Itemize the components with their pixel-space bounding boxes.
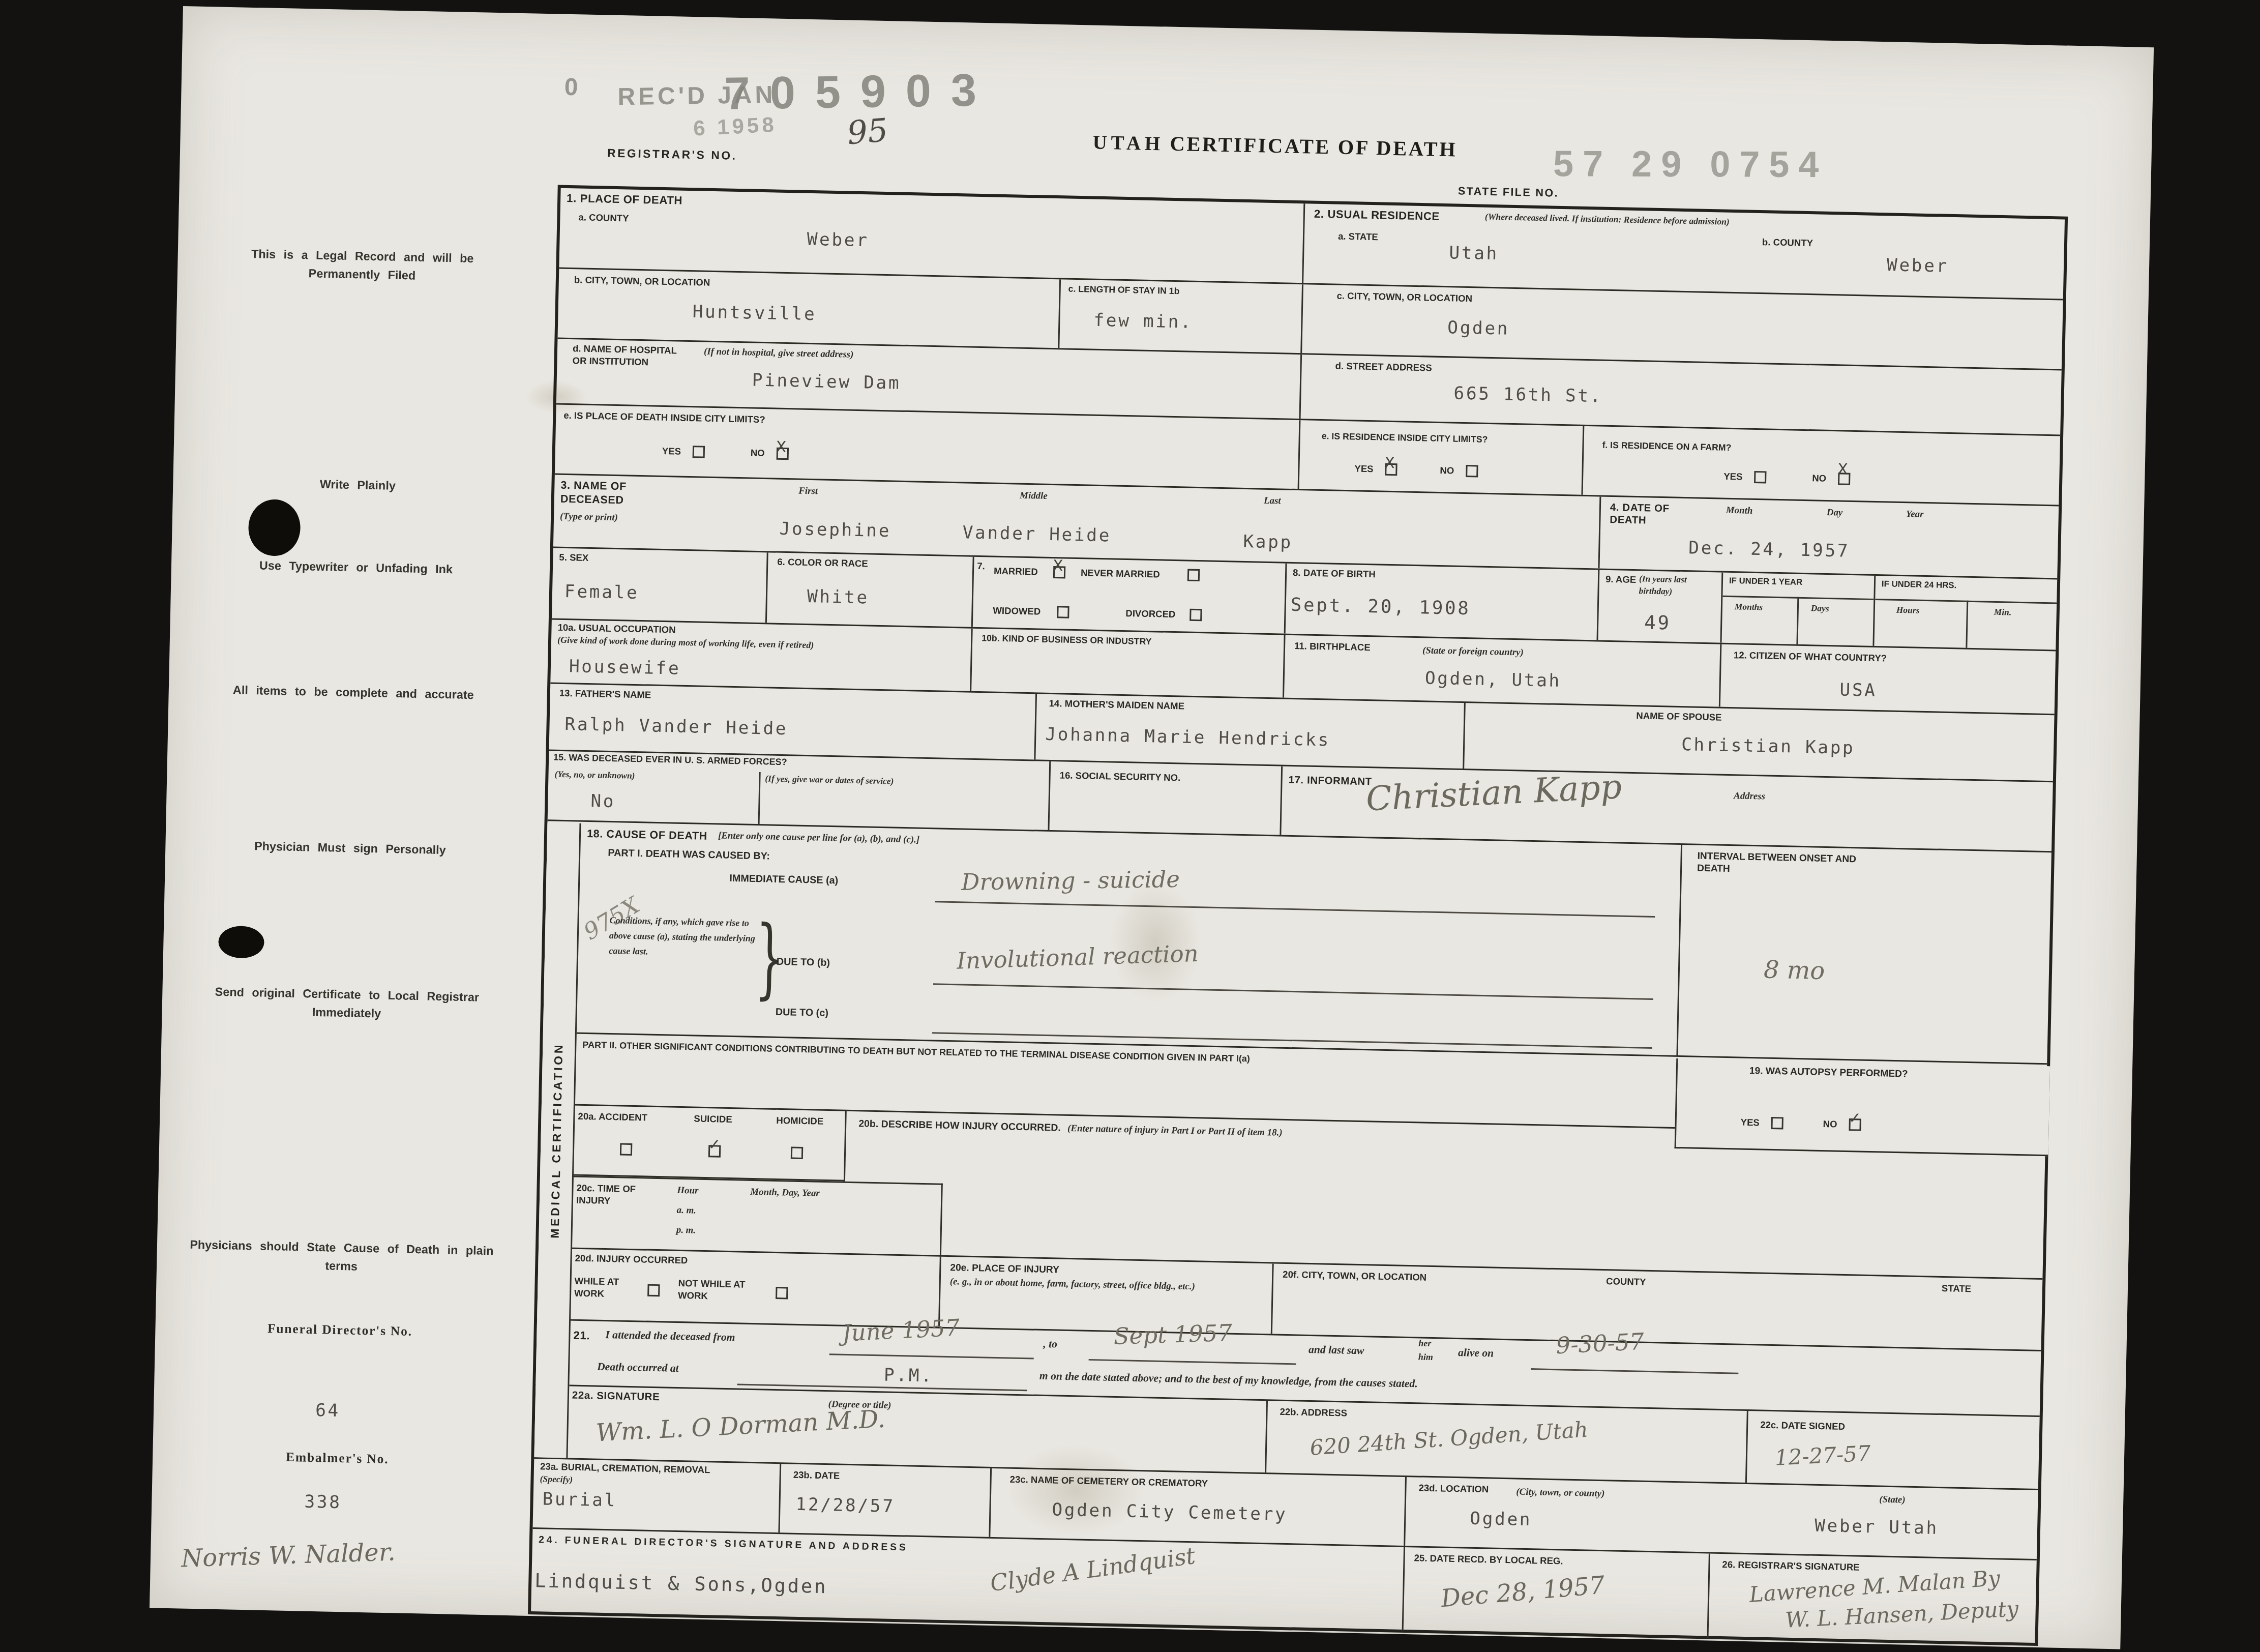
- middle-name-label: Middle: [1020, 491, 1048, 505]
- blank-line: [829, 1352, 1034, 1359]
- year-label: Year: [1906, 509, 1923, 522]
- due-to-b-label: DUE TO (b): [777, 957, 830, 971]
- cell-usual-residence: 2. USUAL RESIDENCE (Where deceased lived…: [1303, 203, 2065, 299]
- blank-line-a: [935, 899, 1655, 918]
- no-label: NO: [1823, 1119, 1837, 1132]
- cell-date-of-death: 4. DATE OF DEATH Month Day Year Dec. 24,…: [1599, 497, 2059, 578]
- cell-death-city: b. CITY, TOWN, OR LOCATION Huntsville: [558, 269, 1061, 348]
- date-signed-handwritten: 12-27-57: [1774, 1444, 1871, 1471]
- first-name-label: First: [798, 486, 818, 499]
- last-name-value: Kapp: [1243, 532, 1293, 554]
- yes-checkbox: [693, 446, 705, 458]
- citizen-label: 12. CITIZEN OF WHAT COUNTRY?: [1734, 651, 1887, 666]
- hour-label: Hour: [677, 1186, 699, 1199]
- funeral-director-no-label: Funeral Director's No.: [244, 1320, 436, 1342]
- check-mark: X: [1837, 463, 1848, 479]
- street-address-value: 665 16th St.: [1453, 383, 1602, 408]
- cell-registrar-signature: 26. REGISTRAR'S SIGNATURE Lawrence M. Ma…: [1708, 1554, 2036, 1644]
- autopsy-label: 19. WAS AUTOPSY PERFORMED?: [1730, 1066, 1928, 1082]
- injury-state-label: STATE: [1942, 1284, 1972, 1296]
- sex-label: 5. SEX: [559, 553, 588, 566]
- interval-value-handwritten: 8 mo: [1763, 957, 1825, 985]
- cell-physician-signature: 22a. SIGNATURE (Degree or title) Wm. L. …: [568, 1386, 1268, 1472]
- cell-date-received: 25. DATE RECD. BY LOCAL REG. Dec 28, 195…: [1404, 1547, 1710, 1638]
- place-of-death-title: 1. PLACE OF DEATH: [567, 191, 682, 208]
- father-label: 13. FATHER'S NAME: [559, 689, 651, 703]
- no-checkbox: X: [1838, 473, 1850, 485]
- state-file-number-stamp: 57 29 0754: [1553, 147, 1828, 185]
- day-label: Day: [1827, 508, 1843, 521]
- cell-physician-address: 22b. ADDRESS 620 24th St. Ogden, Utah: [1266, 1401, 1748, 1483]
- cell-armed-forces: 15. WAS DECEASED EVER IN U. S. ARMED FOR…: [548, 751, 1051, 830]
- death-city-limits-label: e. IS PLACE OF DEATH INSIDE CITY LIMITS?: [563, 411, 765, 427]
- sex-value: Female: [564, 582, 639, 604]
- while-at-work-label: WHILE AT WORK: [574, 1277, 642, 1303]
- registrar-no-label: REGISTRAR'S NO.: [607, 146, 737, 164]
- industry-label: 10b. KIND OF BUSINESS OR INDUSTRY: [982, 635, 1152, 650]
- father-value: Ralph Vander Heide: [564, 715, 788, 741]
- yes-checkbox: [1771, 1117, 1783, 1129]
- yes-label: YES: [1354, 464, 1374, 477]
- cell-father: 13. FATHER'S NAME Ralph Vander Heide: [549, 684, 1037, 759]
- cell-length-of-stay: c. LENGTH OF STAY IN 1b few min.: [1059, 279, 1303, 353]
- min-label: Min.: [1994, 609, 2011, 621]
- residence-county-value: Weber: [1887, 255, 1949, 278]
- physician-signature-handwritten: Wm. L. O Dorman M.D.: [596, 1407, 886, 1447]
- armed-forces-value: No: [590, 791, 616, 813]
- birthplace-note: (State or foreign country): [1422, 645, 1524, 661]
- marital-number: 7.: [977, 562, 985, 574]
- time-of-injury-label: 20c. TIME OF INJURY: [576, 1184, 665, 1210]
- margin-note-send-original: Send original Certificate to Local Regis…: [204, 983, 489, 1026]
- yes-label: YES: [1723, 472, 1743, 485]
- age-value: 49: [1644, 610, 1671, 634]
- occupation-note: (Give kind of work done during most of w…: [557, 635, 954, 656]
- cell-injury-occurred: 20d. INJURY OCCURRED WHILE AT WORK NOT W…: [571, 1249, 941, 1327]
- title-main: CERTIFICATE OF DEATH: [1170, 132, 1458, 161]
- informant-address-label: Address: [1734, 791, 1765, 805]
- cell-under-24-hrs: IF UNDER 24 HRS. Hours Min.: [1874, 576, 2057, 650]
- hospital-label: d. NAME OF HOSPITAL OR INSTITUTION: [572, 344, 692, 371]
- cell-race: 6. COLOR OR RACE White: [767, 552, 974, 627]
- burial-date-value: 12/28/57: [795, 1495, 895, 1518]
- cell-burial-date: 23b. DATE 12/28/57: [780, 1464, 992, 1537]
- margin-note-typewriter: Use Typewriter or Unfading Ink: [214, 556, 498, 581]
- usual-residence-title: 2. USUAL RESIDENCE: [1314, 207, 1440, 224]
- funeral-director-label: 24. FUNERAL DIRECTOR'S SIGNATURE AND ADD…: [539, 1535, 908, 1556]
- race-label: 6. COLOR OR RACE: [777, 557, 868, 572]
- yes-checkbox: X: [1385, 463, 1397, 476]
- no-label: NO: [1440, 466, 1454, 479]
- margin-note-write-plainly: Write Plainly: [216, 474, 500, 498]
- age-label: 9. AGE: [1605, 575, 1637, 587]
- burial-label: 23a. BURIAL, CREMATION, REMOVAL (Specify…: [540, 1462, 711, 1491]
- check-mark: ✓: [707, 1139, 721, 1155]
- stray-stamp-digit: 0: [564, 75, 581, 102]
- cell-under-1-year: IF UNDER 1 YEAR Months Days: [1721, 573, 1876, 646]
- hours-label: Hours: [1896, 607, 1920, 619]
- certificate-paper: 0 REC'D JAN 6 1958 705903 95 REGISTRAR'S…: [150, 6, 2154, 1649]
- blank-line: [1531, 1367, 1738, 1374]
- informant-label: 17. INFORMANT: [1288, 776, 1372, 790]
- cell-time-of-injury: 20c. TIME OF INJURY Hour a. m. p. m. Mon…: [572, 1176, 943, 1257]
- homicide-label: HOMICIDE: [776, 1116, 823, 1129]
- county-value: Weber: [807, 230, 869, 252]
- medical-certification-label: MEDICAL CERTIFICATION: [549, 1042, 565, 1238]
- yes-label: YES: [662, 447, 681, 459]
- cell-funeral-director: 24. FUNERAL DIRECTOR'S SIGNATURE AND ADD…: [531, 1529, 1405, 1631]
- funeral-director-no-value: 64: [315, 1401, 341, 1422]
- physician-address-handwritten: 620 24th St. Ogden, Utah: [1310, 1420, 1589, 1461]
- scale-wrapper: 0 REC'D JAN 6 1958 705903 95 REGISTRAR'S…: [0, 0, 2260, 1652]
- him-label: him: [1418, 1352, 1434, 1365]
- am-label: a. m.: [676, 1205, 696, 1219]
- part2-label: PART II. OTHER SIGNIFICANT CONDITIONS CO…: [582, 1042, 1250, 1068]
- armed-forces-note2: (If yes, give war or dates of service): [765, 775, 1039, 793]
- address-label: 22b. ADDRESS: [1280, 1407, 1347, 1421]
- residence-city-value: Ogden: [1447, 318, 1510, 340]
- name-deceased-title: 3. NAME OF DECEASED: [560, 478, 683, 508]
- spouse-label: NAME OF SPOUSE: [1636, 711, 1722, 725]
- hospital-note: (If not in hospital, give street address…: [704, 347, 854, 363]
- row-cause-of-death: 18. CAUSE OF DEATH [Enter only one cause…: [543, 819, 2051, 1063]
- birthplace-value: Ogden, Utah: [1424, 668, 1561, 692]
- injury-occurred-label: 20d. INJURY OCCURRED: [575, 1254, 688, 1268]
- cell-citizen: 12. CITIZEN OF WHAT COUNTRY? USA: [1720, 644, 2056, 714]
- usual-residence-note: (Where deceased lived. If institution: R…: [1485, 214, 1730, 231]
- yes-checkbox: [1754, 471, 1766, 483]
- ssn-label: 16. SOCIAL SECURITY NO.: [1059, 771, 1180, 785]
- cell-interval: INTERVAL BETWEEN ONSET AND DEATH 8 mo: [1676, 845, 2051, 1063]
- place-of-injury-label: 20e. PLACE OF INJURY: [950, 1263, 1059, 1278]
- date-received-handwritten: Dec 28, 1957: [1440, 1573, 1606, 1612]
- cell-occupation: 10a. USUAL OCCUPATION (Give kind of work…: [550, 619, 972, 691]
- cemetery-value: Ogden City Cemetery: [1052, 1500, 1288, 1526]
- date-of-death-title: 4. DATE OF DEATH: [1610, 503, 1674, 530]
- margin-note-plain-terms: Physicians should State Cause of Death i…: [178, 1236, 505, 1280]
- residence-city-label: c. CITY, TOWN, OR LOCATION: [1336, 291, 1472, 307]
- check-mark: X: [776, 441, 786, 457]
- check-mark: ✓: [1848, 1112, 1861, 1128]
- residence-state-label: a. STATE: [1338, 232, 1378, 245]
- state-file-no-label: STATE FILE NO.: [1458, 184, 1559, 200]
- cell-sex: 5. SEX Female: [552, 548, 768, 623]
- cemetery-label: 23c. NAME OF CEMETERY OR CREMATORY: [1009, 1475, 1208, 1491]
- attended-text2: , to: [1043, 1338, 1057, 1353]
- punch-hole: [218, 926, 264, 959]
- homicide-checkbox: [791, 1147, 803, 1159]
- attended-text4: alive on: [1458, 1347, 1494, 1363]
- no-checkbox: [1466, 465, 1478, 477]
- no-label: NO: [751, 449, 765, 461]
- date-of-death-value: Dec. 24, 1957: [1688, 538, 1850, 563]
- informant-signature: Christian Kapp: [1365, 771, 1623, 818]
- cell-birthplace: 11. BIRTHPLACE (State or foreign country…: [1284, 635, 1721, 707]
- burial-state-value: Weber Utah: [1815, 1516, 1939, 1540]
- registrar-number-handwritten: 95: [846, 113, 889, 152]
- under-24-hrs-label: IF UNDER 24 HRS.: [1882, 580, 1957, 593]
- widowed-checkbox: [1057, 606, 1069, 618]
- margin-signature: Norris W. Nalder.: [181, 1540, 396, 1573]
- date-of-birth-value: Sept. 20, 1908: [1290, 594, 1471, 620]
- date-of-birth-label: 8. DATE OF BIRTH: [1293, 568, 1376, 582]
- type-or-print-note: (Type or print): [560, 512, 618, 526]
- burial-location-value: Ogden: [1470, 1509, 1532, 1531]
- street-address-label: d. STREET ADDRESS: [1335, 362, 1432, 376]
- place-of-injury-note: (e. g., in or about home, farm, factory,…: [949, 1277, 1255, 1296]
- funeral-director-typed: Lindquist & Sons,Ogden: [534, 1569, 828, 1598]
- scanned-death-certificate: 0 REC'D JAN 6 1958 705903 95 REGISTRAR'S…: [0, 0, 2260, 1652]
- no-label: NO: [1812, 474, 1826, 486]
- married-checkbox: X: [1053, 566, 1065, 578]
- cell-place-of-death: 1. PLACE OF DEATH a. COUNTY Weber: [559, 188, 1305, 283]
- cell-residence-city-limits: e. IS RESIDENCE INSIDE CITY LIMITS? YES …: [1299, 420, 1585, 495]
- month-label: Month: [1726, 506, 1753, 519]
- cell-cemetery: 23c. NAME OF CEMETERY OR CREMATORY Ogden…: [990, 1468, 1407, 1546]
- widowed-label: WIDOWED: [993, 606, 1040, 619]
- cause-a-handwritten: Drowning - suicide: [961, 867, 1180, 895]
- cell-spouse: NAME OF SPOUSE Christian Kapp: [1464, 703, 2054, 781]
- days-label: Days: [1811, 605, 1829, 617]
- divorced-checkbox: [1190, 609, 1202, 621]
- residence-county-label: b. COUNTY: [1762, 238, 1813, 251]
- birthplace-label: 11. BIRTHPLACE: [1294, 641, 1371, 655]
- blank-line-b: [933, 982, 1653, 1000]
- cause-of-death-title: 18. CAUSE OF DEATH: [587, 827, 707, 843]
- burial-value: Burial: [542, 1489, 617, 1512]
- burial-location-note: (City, town, or county): [1516, 1487, 1605, 1502]
- month-day-year-label: Month, Day, Year: [750, 1187, 820, 1201]
- registrar-signature-label: 26. REGISTRAR'S SIGNATURE: [1722, 1560, 1860, 1575]
- occupation-value: Housewife: [569, 657, 681, 680]
- check-mark: X: [1384, 457, 1395, 473]
- interval-label: INTERVAL BETWEEN ONSET AND DEATH: [1697, 851, 1865, 880]
- burial-date-label: 23b. DATE: [793, 1470, 840, 1484]
- yes-label: YES: [1740, 1118, 1760, 1131]
- due-to-c-label: DUE TO (c): [775, 1008, 828, 1022]
- hospital-value: Pineview Dam: [752, 371, 901, 395]
- describe-injury-label: 20b. DESCRIBE HOW INJURY OCCURRED.: [858, 1119, 1061, 1136]
- embalmer-no-label: Embalmer's No.: [241, 1448, 434, 1470]
- date-signed-label: 22c. DATE SIGNED: [1760, 1421, 1845, 1435]
- attended-from-handwritten: June 1957: [842, 1316, 961, 1347]
- armed-forces-note1: (Yes, no, or unknown): [554, 771, 635, 785]
- months-label: Months: [1735, 603, 1763, 616]
- her-label: her: [1418, 1338, 1432, 1351]
- signature-label: 22a. SIGNATURE: [572, 1391, 660, 1406]
- while-at-work-checkbox: [647, 1284, 660, 1296]
- not-while-at-work-checkbox: [776, 1287, 788, 1299]
- accident-checkbox: [620, 1143, 632, 1155]
- divider: [1966, 601, 1968, 648]
- check-mark: X: [1052, 560, 1063, 575]
- never-married-checkbox: [1187, 569, 1200, 581]
- cell-residence-farm: f. IS RESIDENCE ON A FARM? YES NO X: [1583, 426, 2060, 505]
- no-checkbox: X: [777, 448, 789, 460]
- cell-mother: 14. MOTHER'S MAIDEN NAME Johanna Marie H…: [1035, 694, 1466, 769]
- funeral-director-signature: Clyde A Lindquist: [989, 1545, 1197, 1597]
- first-name-value: Josephine: [779, 519, 891, 543]
- attended-text5: Death occurred at: [597, 1361, 679, 1378]
- divider: [758, 772, 761, 824]
- suicide-checkbox: ✓: [708, 1145, 721, 1157]
- county-label: a. COUNTY: [578, 213, 629, 226]
- cause-b-handwritten: Involutional reaction: [957, 941, 1199, 974]
- injury-county-label: COUNTY: [1606, 1277, 1646, 1290]
- cell-autopsy: 19. WAS AUTOPSY PERFORMED? YES NO ✓: [1675, 1058, 2049, 1156]
- residence-farm-label: f. IS RESIDENCE ON A FARM?: [1602, 442, 1731, 456]
- age-note: (In years last birthday): [1639, 575, 1718, 601]
- married-label: MARRIED: [994, 567, 1038, 580]
- pm-label: p. m.: [676, 1225, 696, 1238]
- cell-marital-status: 7. MARRIED X NEVER MARRIED WIDOWED DIVOR…: [973, 557, 1287, 634]
- margin-note-legal-record: This is a Legal Record and will be Perma…: [220, 245, 504, 288]
- injury-city-label: 20f. CITY, TOWN, OR LOCATION: [1283, 1270, 1426, 1285]
- registrar-signature-line2: W. L. Hansen, Deputy: [1785, 1599, 2019, 1633]
- death-city-value: Huntsville: [692, 302, 817, 326]
- residence-state-value: Utah: [1449, 243, 1499, 265]
- cause-of-death-note: [Enter only one cause per line for (a), …: [718, 831, 920, 848]
- suicide-label: SUICIDE: [694, 1114, 732, 1128]
- pm-typed: P.M.: [883, 1365, 933, 1387]
- under-1-year-label: IF UNDER 1 YEAR: [1729, 577, 1803, 590]
- attended-to-handwritten: Sept 1957: [1113, 1321, 1233, 1350]
- part1-label: PART I. DEATH WAS CAUSED BY:: [608, 848, 770, 865]
- margin-note-physician-sign: Physician Must sign Personally: [208, 837, 492, 861]
- armed-forces-label: 15. WAS DECEASED EVER IN U. S. ARMED FOR…: [553, 754, 787, 771]
- blank-line: [1089, 1358, 1296, 1365]
- death-city-label: b. CITY, TOWN, OR LOCATION: [574, 275, 710, 290]
- immediate-cause-label: IMMEDIATE CAUSE (a): [729, 874, 838, 889]
- last-name-label: Last: [1264, 496, 1281, 509]
- divider: [1796, 597, 1799, 644]
- conditions-note: Conditions, if any, which gave rise to a…: [609, 914, 759, 964]
- cell-ssn: 16. SOCIAL SECURITY NO.: [1049, 761, 1283, 835]
- not-while-at-work-label: NOT WHILE AT WORK: [678, 1279, 770, 1305]
- middle-name-value: Vander Heide: [962, 523, 1111, 547]
- no-checkbox: ✓: [1849, 1118, 1861, 1131]
- burial-state-note: (State): [1879, 1494, 1906, 1508]
- race-value: White: [807, 587, 869, 609]
- describe-injury-note: (Enter nature of injury in Part I or Par…: [1067, 1124, 1283, 1141]
- certificate-form: MEDICAL CERTIFICATION 1. PLACE OF DEATH …: [528, 185, 2068, 1646]
- punch-hole: [248, 499, 301, 556]
- last-seen-handwritten: 9-30-57: [1555, 1330, 1645, 1359]
- length-of-stay-value: few min.: [1093, 311, 1193, 334]
- length-of-stay-label: c. LENGTH OF STAY IN 1b: [1068, 286, 1179, 300]
- date-received-label: 25. DATE RECD. BY LOCAL REG.: [1414, 1553, 1563, 1569]
- cell-accident-suicide-homicide: 20a. ACCIDENT SUICIDE HOMICIDE ✓: [574, 1106, 847, 1182]
- attended-text1: I attended the deceased from: [605, 1329, 735, 1346]
- mother-value: Johanna Marie Hendricks: [1045, 725, 1330, 752]
- certificate-title: UTAH CERTIFICATE OF DEATH: [1092, 129, 1458, 164]
- cell-age: 9. AGE (In years last birthday) 49: [1598, 570, 1723, 643]
- residence-city-limits-label: e. IS RESIDENCE INSIDE CITY LIMITS?: [1321, 433, 1488, 448]
- citizen-value: USA: [1839, 681, 1877, 702]
- accident-label: 20a. ACCIDENT: [578, 1112, 647, 1126]
- margin-note-complete-accurate: All items to be complete and accurate: [211, 681, 495, 705]
- burial-location-label: 23d. LOCATION: [1418, 1484, 1489, 1497]
- cell-burial-type: 23a. BURIAL, CREMATION, REMOVAL (Specify…: [533, 1459, 782, 1532]
- cell-industry: 10b. KIND OF BUSINESS OR INDUSTRY: [971, 629, 1285, 698]
- cell-burial-location: 23d. LOCATION (City, town, or county) (S…: [1405, 1477, 2038, 1559]
- divorced-label: DIVORCED: [1125, 609, 1176, 622]
- spouse-value: Christian Kapp: [1681, 735, 1855, 760]
- mother-label: 14. MOTHER'S MAIDEN NAME: [1049, 699, 1184, 714]
- cell-date-of-birth: 8. DATE OF BIRTH Sept. 20, 1908: [1286, 564, 1600, 640]
- embalmer-no-value: 338: [304, 1492, 342, 1514]
- attended-text3: and last saw: [1309, 1344, 1364, 1360]
- attended-text6: m on the date stated above; and to the b…: [1039, 1370, 1418, 1393]
- title-utah: UTAH: [1092, 131, 1164, 155]
- serial-number-stamp: 705903: [724, 69, 997, 118]
- attended-number: 21.: [573, 1329, 590, 1343]
- never-married-label: NEVER MARRIED: [1081, 568, 1160, 582]
- cell-date-signed: 22c. DATE SIGNED 12-27-57: [1747, 1411, 2040, 1489]
- divider: [1875, 599, 2057, 604]
